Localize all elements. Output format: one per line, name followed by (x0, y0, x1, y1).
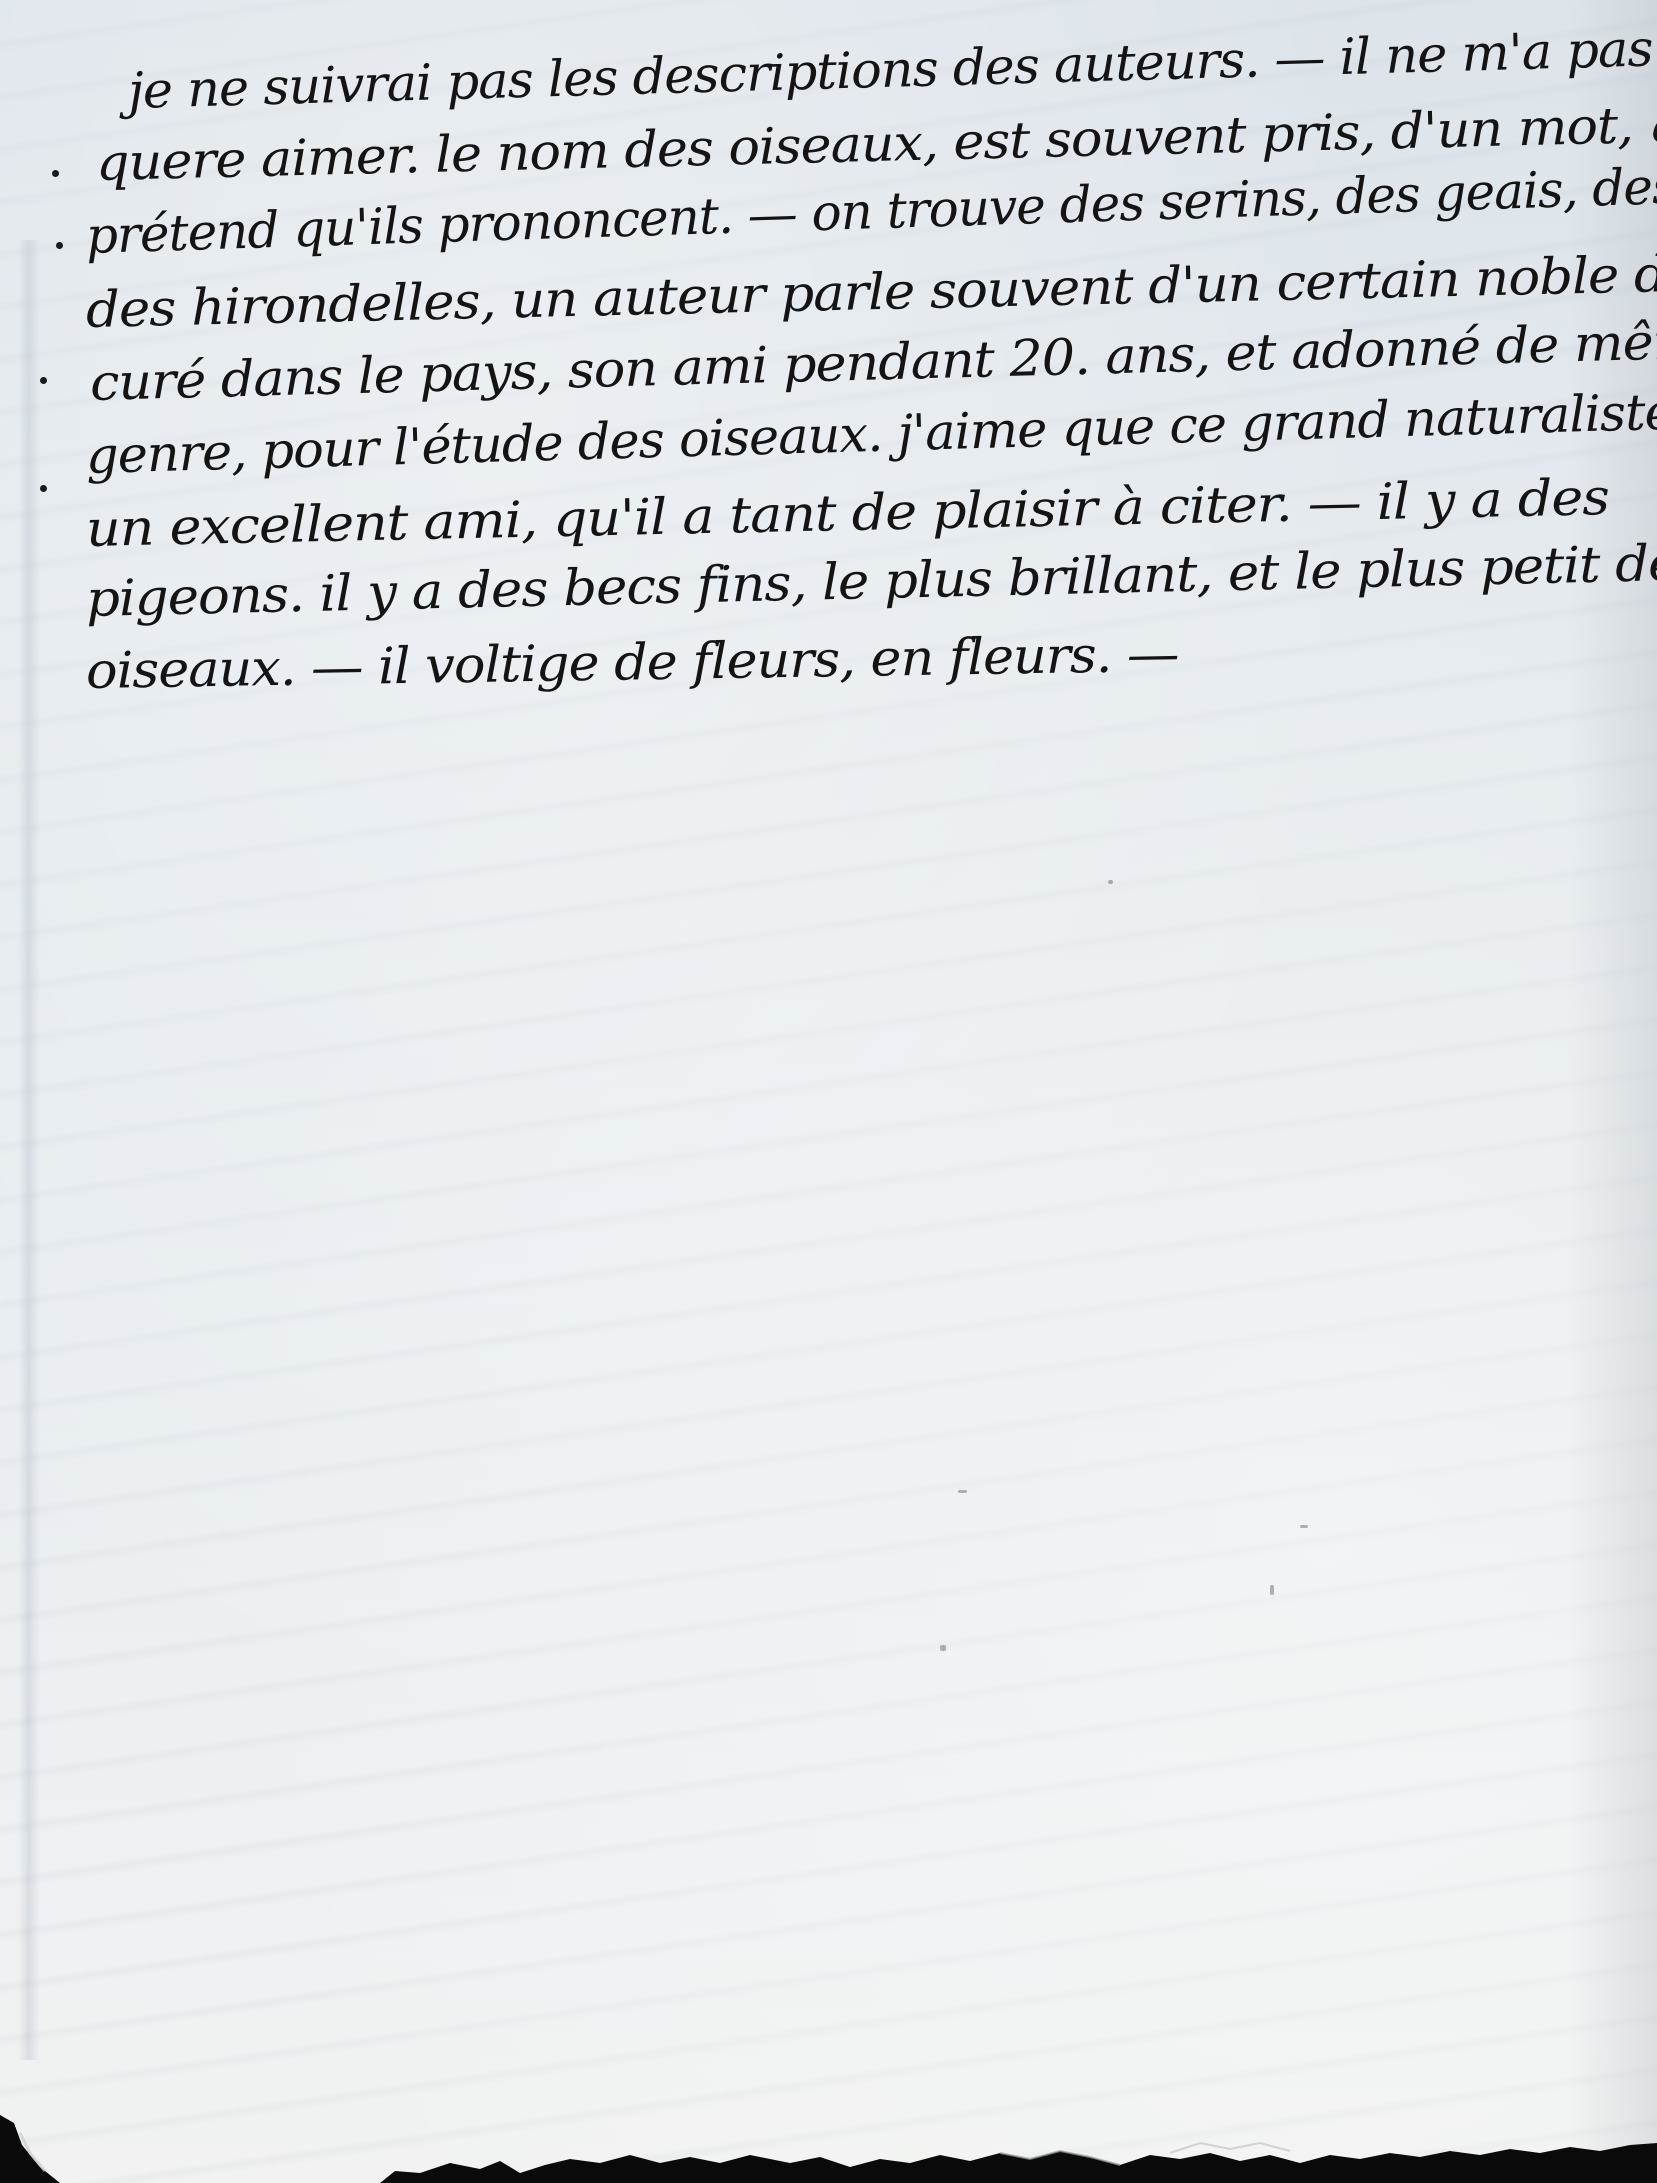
margin-dot-mark (40, 377, 47, 384)
margin-dot-mark (52, 170, 59, 177)
paper-speck (1270, 1585, 1274, 1595)
paper-speck (958, 1490, 967, 1493)
paper-speck (1108, 880, 1113, 884)
manuscript-line: oiseaux. — il voltige de fleurs, en fleu… (86, 625, 1179, 700)
margin-dot-mark (56, 242, 63, 249)
paper-speck (940, 1645, 946, 1651)
torn-bottom-edge (0, 2093, 1657, 2183)
paper-speck (1300, 1525, 1308, 1528)
manuscript-page: je ne suivrai pas les descriptions des a… (0, 0, 1657, 2183)
binding-fold (18, 240, 40, 2060)
margin-dot-mark (40, 485, 47, 492)
